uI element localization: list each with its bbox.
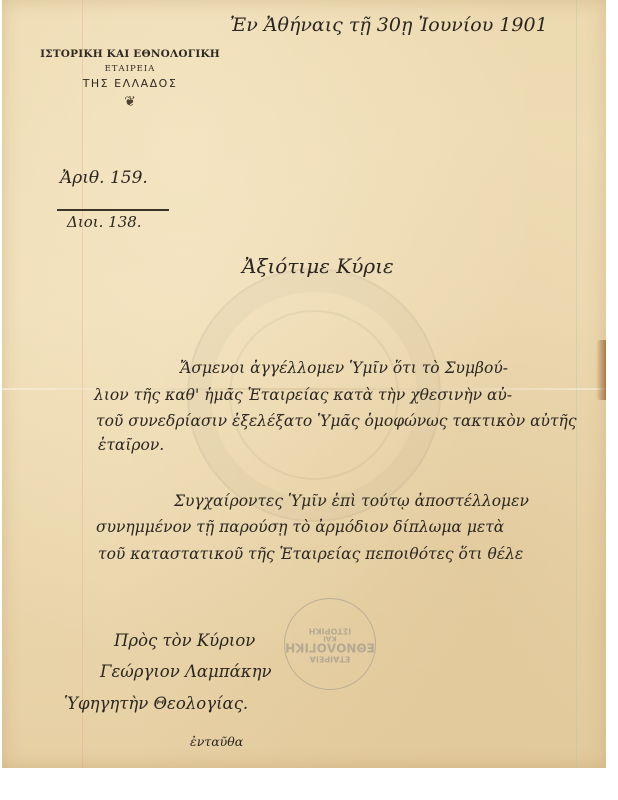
addressee-name: Γεώργιον Λαμπάκην xyxy=(100,662,272,681)
reference-divider xyxy=(57,209,169,211)
paper-margin-line xyxy=(82,0,83,768)
date-line: Ἐν Ἀθήναις τῇ 30ῃ Ἰουνίου 1901 xyxy=(230,14,548,36)
administration-number: Διοι. 138. xyxy=(67,213,142,231)
body-line: Συγχαίροντες Ὑμῖν ἐπὶ τούτῳ ἀποστέλλομεν xyxy=(174,492,529,510)
body-line: λιον τῆς καθ' ἡμᾶς Ἑταιρείας κατὰ τὴν χθ… xyxy=(94,386,512,404)
paper-crease-line xyxy=(576,0,577,768)
letterhead: ΙΣΤΟΡΙΚΗ ΚΑΙ ΕΘΝΟΛΟΓΙΚΗ ΕΤΑΙΡΕΙΑ ΤΗΣ ΕΛΛ… xyxy=(30,48,230,110)
protocol-number: Ἀριθ. 159. xyxy=(60,168,148,188)
letter-paper: ΙΣΤΟΡΙΚΗ ΚΑΙ ΕΘΝΟΛΟΓΙΚΗ ΕΤΑΙΡΕΙΑ ΤΗΣ ΕΛΛ… xyxy=(2,0,606,768)
society-stamp: ΙΣΤΟΡΙΚΗ ΚΑΙ ΕΘΝΟΛΟΓΙΚΗ ΕΤΑΙΡΕΙΑ xyxy=(284,598,376,690)
stamp-line: ΕΤΑΙΡΕΙΑ xyxy=(310,654,351,662)
body-line: τοῦ καταστατικοῦ τῆς Ἑταιρείας πεποιθότε… xyxy=(98,545,523,563)
addressee-location: ἐνταῦθα xyxy=(190,734,243,749)
letterhead-country: ΤΗΣ ΕΛΛΑΔΟΣ xyxy=(30,77,230,90)
paper-stain xyxy=(596,340,606,400)
body-line: συνημμένον τῇ παρούσῃ τὸ ἀρμόδιον δίπλωμ… xyxy=(96,518,504,536)
stamp-line: ΕΘΝΟΛΟΓΙΚΗ xyxy=(285,641,375,654)
body-line: Ἄσμενοι ἀγγέλλομεν Ὑμῖν ὅτι τὸ Συμβού- xyxy=(180,359,508,377)
salutation: Ἀξιότιμε Κύριε xyxy=(242,254,394,278)
ornament-icon: ❦ xyxy=(30,94,230,110)
body-line: τοῦ συνεδρίασιν ἐξελέξατο Ὑμᾶς ὁμοφώνως … xyxy=(96,412,577,430)
letterhead-society-type: ΕΤΑΙΡΕΙΑ xyxy=(30,64,230,74)
stamp-line: ΙΣΤΟΡΙΚΗ xyxy=(309,626,351,634)
letterhead-society-name: ΙΣΤΟΡΙΚΗ ΚΑΙ ΕΘΝΟΛΟΓΙΚΗ xyxy=(30,48,230,60)
addressee-line: Πρὸς τὸν Κύριον xyxy=(114,631,255,650)
addressee-title: Ὑφηγητὴν Θεολογίας. xyxy=(64,694,248,713)
body-line: ἑταῖρον. xyxy=(98,436,164,454)
